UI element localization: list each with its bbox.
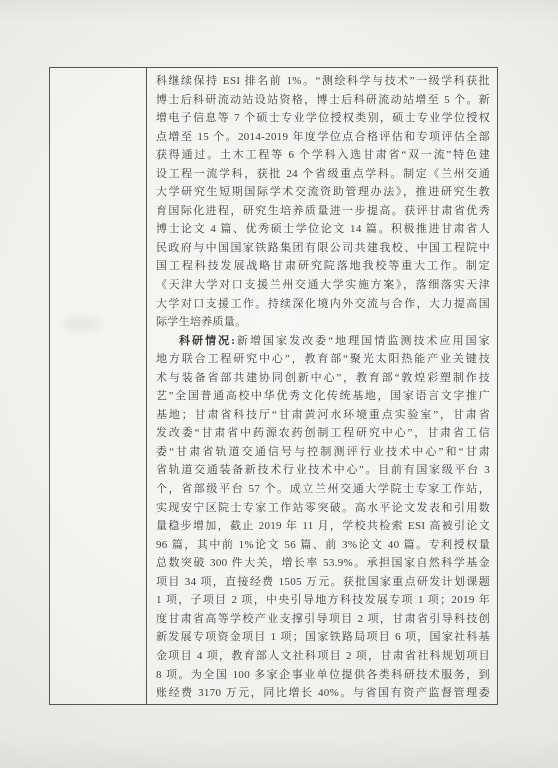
text-line: 省轨道交通装备新技术行业技术中心”。目前有国家级平台 3 xyxy=(156,461,490,480)
text-run: 新增国家发改委“地理国情监测技术应用国家 xyxy=(235,335,490,347)
text-line: 增电子信息等 7 个硕士专业学位授权类别，硕士专业学位授权 xyxy=(156,109,490,128)
scanned-page: 科继续保持 ESI 排名前 1%。“测绘科学与技术”一级学科获批 博士后科研流动… xyxy=(0,0,558,768)
paragraph-research-status: 科研情况:新增国家发改委“地理国情监测技术应用国家 地方联合工程研究中心”，教育… xyxy=(156,332,490,703)
table-content-cell: 科继续保持 ESI 排名前 1%。“测绘科学与技术”一级学科获批 博士后科研流动… xyxy=(147,68,497,704)
text-line: 《天津大学对口支援兰州交通大学实施方案》，落细落实天津 xyxy=(156,276,490,295)
text-line: 金项目 4 项，教育部人文社科项目 2 项，甘肃省社科规划项目 xyxy=(156,647,490,666)
text-line: 1 项，子项目 2 项，中央引导地方科技发展专项 1 项；2019 年 xyxy=(156,591,490,610)
text-line: 个，省部级平台 57 个。成立兰州交通大学院士专家工作站， xyxy=(156,480,490,499)
text-line: 实现安宁区院士专家工作站零突破。高水平论文发表和引用数 xyxy=(156,499,490,518)
text-line: 基地；甘肃省科技厅“甘肃黄河水环境重点实验室”，甘肃省 xyxy=(156,406,490,425)
text-line: 8 项。为全国 100 多家企事业单位提供各类科研技术服务，到 xyxy=(156,666,490,685)
text-line: 项目 34 项，直接经费 1505 万元。获批国家重点研发计划课题 xyxy=(156,573,490,592)
text-line: 账经费 3170 万元，同比增长 40%。与省国有资产监督管理委 xyxy=(156,684,490,703)
text-line: 博士论文 4 篇、优秀硕士学位论文 14 篇。积极推进甘肃省人 xyxy=(156,220,490,239)
text-line: 地方联合工程研究中心”，教育部“聚光太阳热能产业关键技 xyxy=(156,350,490,369)
table-label-column-empty xyxy=(50,68,147,704)
text-line: 量稳步增加，截止 2019 年 11 月，学校共检索 ESI 高被引论文 xyxy=(156,517,490,536)
text-line: 获得通过。土木工程等 6 个学科入选甘肃省“双一流”特色建 xyxy=(156,146,490,165)
text-line: 委“甘肃省轨道交通信号与控制测评行业技术中心”和“甘肃 xyxy=(156,443,490,462)
text-line: 术与装备省部共建协同创新中心”，教育部“敦煌彩塑制作技 xyxy=(156,369,490,388)
document-table: 科继续保持 ESI 排名前 1%。“测绘科学与技术”一级学科获批 博士后科研流动… xyxy=(49,67,498,705)
text-line: 民政府与中国国家铁路集团有限公司共建我校、中国工程院中 xyxy=(156,239,490,258)
text-line: 科继续保持 ESI 排名前 1%。“测绘科学与技术”一级学科获批 xyxy=(156,72,490,91)
text-line: 大学研究生短期国际学术交流资助管理办法》，推进研究生教 xyxy=(156,183,490,202)
text-line: 科研情况:新增国家发改委“地理国情监测技术应用国家 xyxy=(156,332,490,351)
text-line: 新发展专项资金项目 1 项；国家铁路局项目 6 项，国家社科基 xyxy=(156,628,490,647)
research-section-label: 科研情况: xyxy=(179,335,235,347)
text-line: 设工程一流学科，获批 24 个省级重点学科。制定《兰州交通 xyxy=(156,165,490,184)
text-line: 总数突破 300 件大关，增长率 53.9%。承担国家自然科学基金 xyxy=(156,554,490,573)
text-line: 度甘肃省高等学校产业支撑引导项目 2 项，甘肃省引导科技创 xyxy=(156,610,490,629)
text-line: 96 篇，其中前 1%论文 56 篇、前 3%论文 40 篇。专利授权量 xyxy=(156,536,490,555)
text-line: 点增至 15 个。2014-2019 年度学位点合格评估和专项评估全部 xyxy=(156,128,490,147)
text-line: 艺”全国普通高校中华优秀文化传统基地，国家语言文字推广 xyxy=(156,387,490,406)
text-line: 育国际化进程，研究生培养质量进一步提高。获评甘肃省优秀 xyxy=(156,202,490,221)
text-line: 国工程科技发展战略甘肃研究院落地我校等重大工作。制定 xyxy=(156,257,490,276)
text-line: 际学生培养质量。 xyxy=(156,313,490,332)
text-line: 发改委“甘肃省中药源农药创制工程研究中心”，甘肃省工信 xyxy=(156,424,490,443)
paragraph-education-continued: 科继续保持 ESI 排名前 1%。“测绘科学与技术”一级学科获批 博士后科研流动… xyxy=(156,72,490,332)
text-line: 博士后科研流动站设站资格，博士后科研流动站增至 5 个。新 xyxy=(156,91,490,110)
text-line: 大学对口支援工作。持续深化境内外交流与合作，大力提高国 xyxy=(156,295,490,314)
